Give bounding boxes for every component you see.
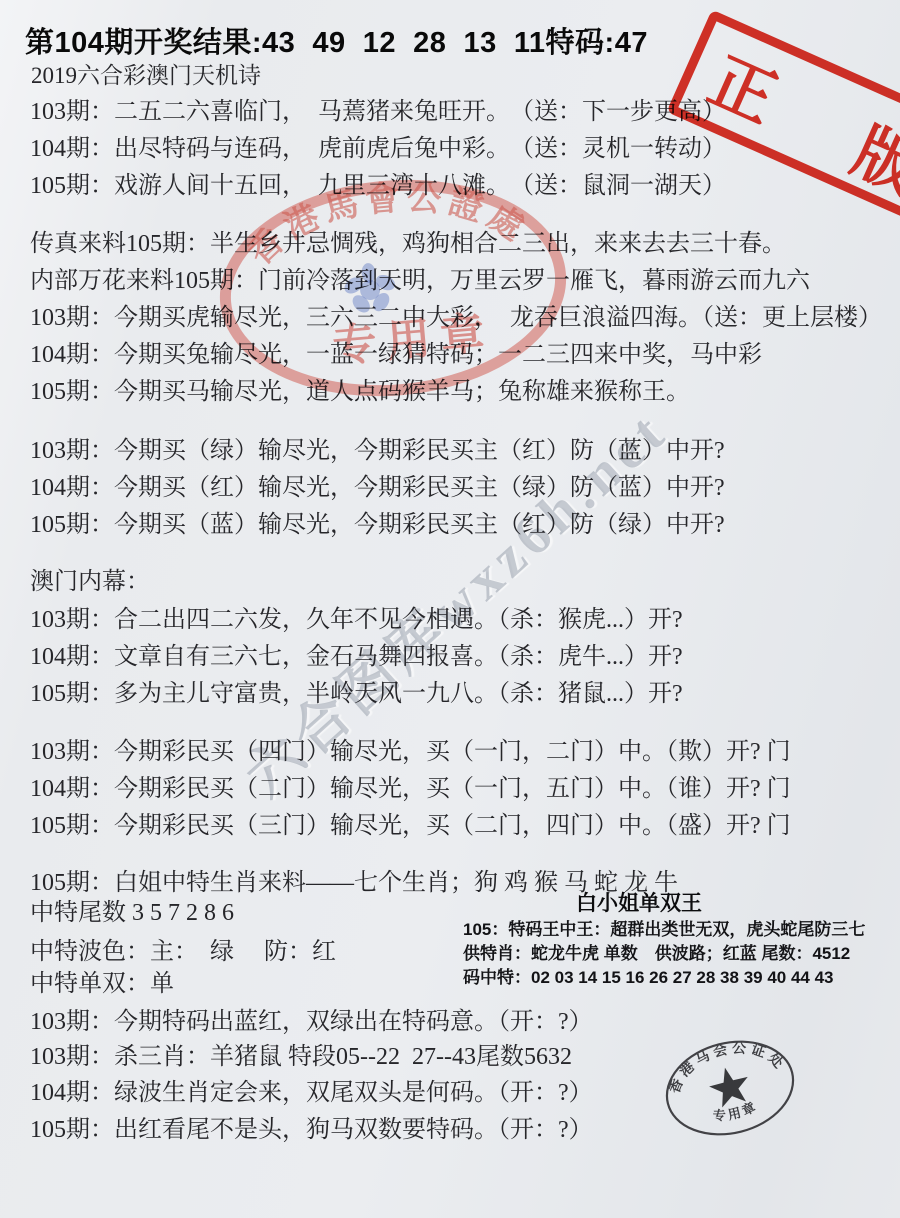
seal-emblem-icon	[340, 261, 401, 318]
kai-row: 103期：杀三肖：羊猪鼠 特段05--22 27--43尾数5632	[30, 1043, 572, 1072]
danshuangwang-row: 供特肖：蛇龙牛虎 单数 供波路；红蓝 尾数：4512	[463, 944, 850, 964]
kai-row: 104期：绿波生肖定会来，双尾双头是何码。（开：?）	[30, 1079, 593, 1108]
danshuangwang-row: 码中特：02 03 14 15 16 26 27 28 38 39 40 44 …	[463, 968, 834, 988]
jockey-club-red-seal: 香港馬會公證處 专用章	[198, 168, 598, 418]
neimu-row: 103期：合二出四二六发，久年不见今相遇。（杀：猴虎...）开?	[30, 606, 683, 635]
neimu-row: 104期：文章自有三六七，金石马舞四报喜。（杀：虎牛...）开?	[30, 643, 683, 672]
baijie-row: 中特单双：单	[30, 970, 174, 999]
poem-row: 104期：出尽特码与连码， 虎前虎后兔中彩。 （送：灵机一转动）	[30, 135, 726, 164]
secai-row: 103期：今期买（绿）输尽光，今期彩民买主（红）防（蓝）中开?	[30, 437, 725, 466]
men-row: 103期：今期彩民买（四门）输尽光，买（一门，二门）中。（欺）开? 门	[30, 738, 791, 767]
men-row: 104期：今期彩民买（二门）输尽光，买（一门，五门）中。（谁）开? 门	[30, 775, 791, 804]
page-subtitle: 2019六合彩澳门天机诗	[31, 62, 261, 90]
danshuangwang-row: 105：特码王中王：超群出类世无双，虎头蛇尾防三七	[463, 920, 865, 940]
seal-center-text: 专用章	[331, 307, 497, 371]
notary-dark-seal: 香港马会公证处 专用章	[650, 1024, 820, 1164]
kai-row: 103期：今期特码出蓝红，双绿出在特码意。（开：?）	[30, 1008, 593, 1037]
neimu-heading: 澳门内幕：	[30, 568, 150, 597]
secai-row: 104期：今期买（红）输尽光，今期彩民买主（绿）防（蓝）中开?	[30, 474, 725, 503]
men-row: 105期：今期彩民买（三门）输尽光，买（二门，四门）中。（盛）开? 门	[30, 812, 791, 841]
zhengban-char: 版	[841, 101, 900, 211]
zhengban-char: 正	[697, 30, 793, 140]
baijie-row: 中特波色：主： 绿 防：红	[30, 938, 336, 967]
poem-row: 103期：二五二六喜临门， 马蔫猪来兔旺开。 （送：下一步更高）	[30, 98, 726, 127]
secai-row: 105期：今期买（蓝）输尽光，今期彩民买主（红）防（绿）中开?	[30, 511, 725, 540]
neimu-row: 105期：多为主儿守富贵，半岭天风一九八。（杀：猪鼠...）开?	[30, 680, 683, 709]
baijie-row: 中特尾数 3 5 7 2 8 6	[30, 899, 234, 928]
kai-row: 105期：出红看尾不是头，狗马双数要特码。（开：?）	[30, 1116, 593, 1145]
seal-bottom-text: 专用章	[709, 1097, 761, 1127]
lottery-tip-sheet: 六合图库wxz6h.net 第104期开奖结果:43 49 12 28 13 1…	[0, 0, 900, 1218]
page-title: 第104期开奖结果:43 49 12 28 13 11特码:47	[25, 26, 648, 61]
danshuangwang-heading: 白小姐单双王	[576, 891, 702, 916]
